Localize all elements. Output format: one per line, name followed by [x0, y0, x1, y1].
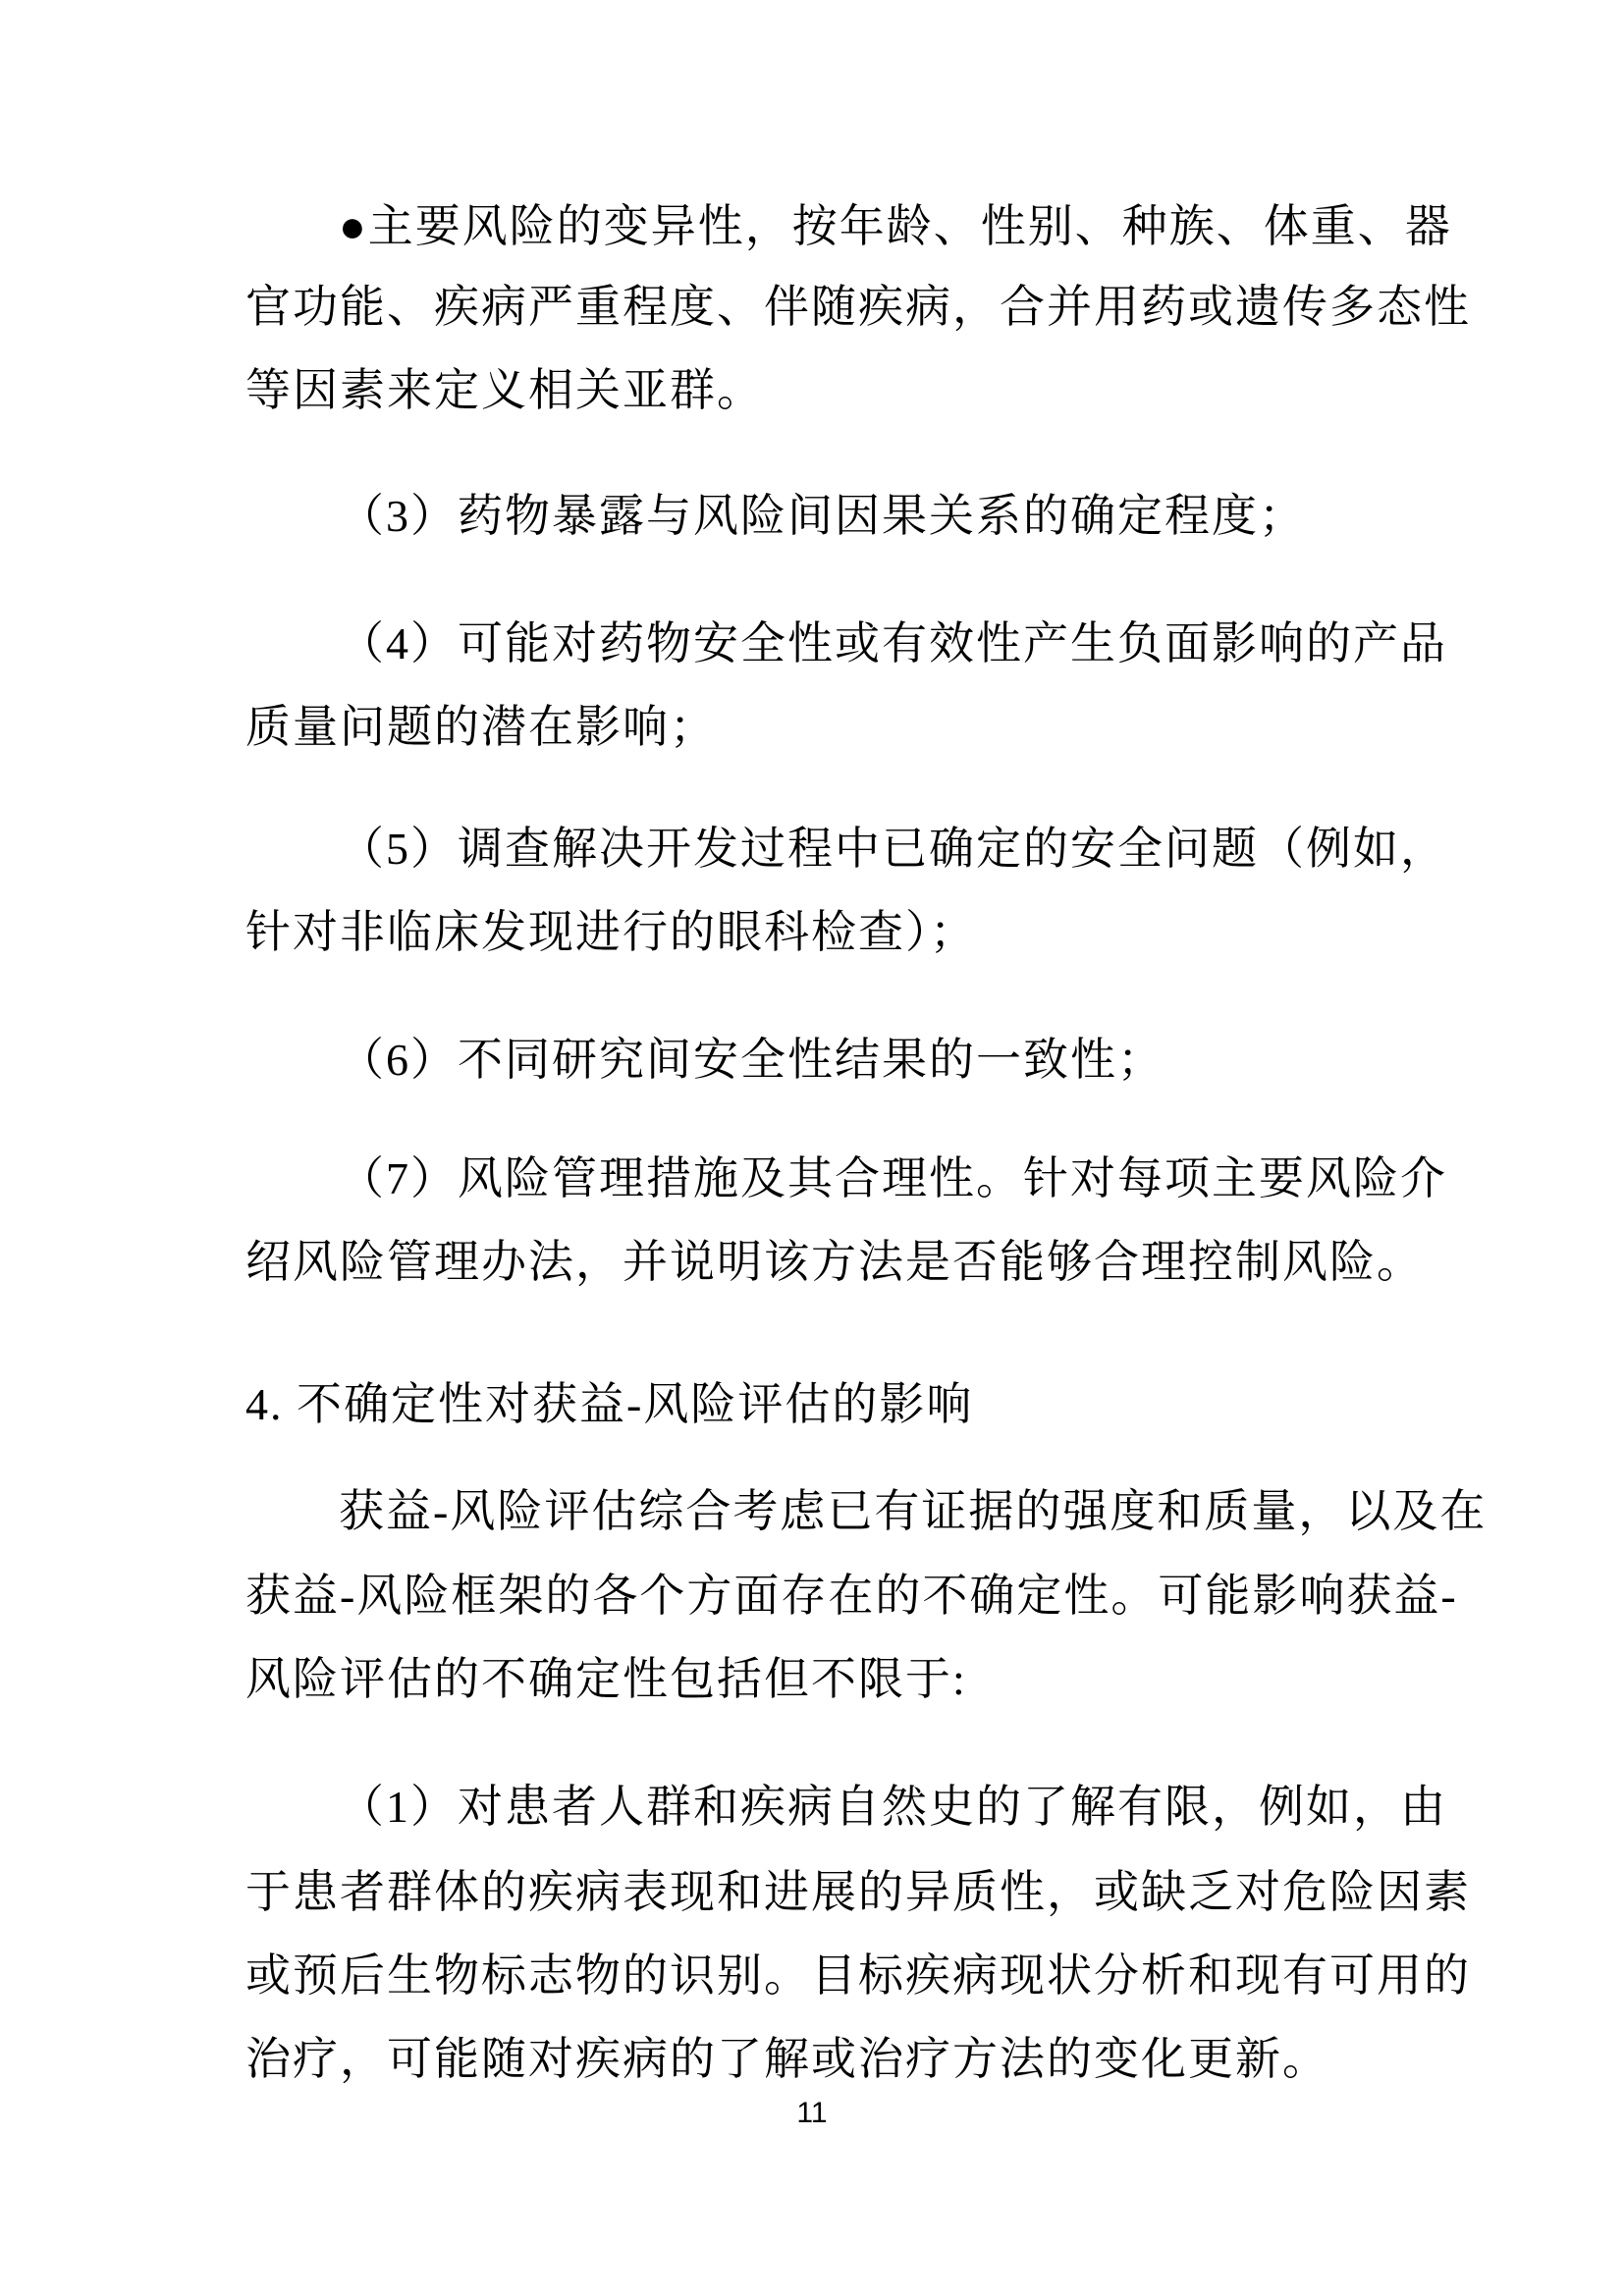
- numbered-item-line: （4）可能对药物安全性或有效性产生负面影响的产品: [339, 621, 1447, 667]
- document-page: ●主要风险的变异性，按年龄、性别、种族、体重、器 官功能、疾病严重程度、伴随疾病…: [0, 0, 1624, 2296]
- numbered-item-line: 治疗，可能随对疾病的了解或治疗方法的变化更新。: [245, 2037, 1329, 2082]
- numbered-item-line: （1）对患者人群和疾病自然史的了解有限，例如，由: [339, 1785, 1447, 1830]
- bullet-paragraph-line: 等因素来定义相关亚群。: [245, 368, 764, 413]
- section-heading: 4. 不确定性对获益-风险评估的影响: [245, 1382, 973, 1427]
- numbered-item-line: 绍风险管理办法，并说明该方法是否能够合理控制风险。: [245, 1240, 1424, 1285]
- bullet-paragraph-line: 官功能、疾病严重程度、伴随疾病，合并用药或遗传多态性: [245, 285, 1471, 330]
- numbered-item-line: （6）不同研究间安全性结果的一致性；: [339, 1038, 1164, 1083]
- numbered-item-line: 质量问题的潜在影响；: [245, 705, 717, 750]
- numbered-item-line: 针对非临床发现进行的眼科检查）；: [245, 910, 977, 955]
- page-number: 11: [0, 2099, 1624, 2128]
- body-paragraph-line: 获益-风险框架的各个方面存在的不确定性。可能影响获益-: [245, 1574, 1458, 1619]
- numbered-item-line: 于患者群体的疾病表现和进展的异质性，或缺乏对危险因素: [245, 1870, 1471, 1915]
- body-paragraph-line: 获益-风险评估综合考虑已有证据的强度和质量，以及在: [339, 1489, 1487, 1534]
- bullet-paragraph-line: ●主要风险的变异性，按年龄、性别、种族、体重、器: [339, 204, 1452, 249]
- numbered-item-line: 或预后生物标志物的识别。目标疾病现状分析和现有可用的: [245, 1953, 1471, 1999]
- numbered-item-line: （3）药物暴露与风险间因果关系的确定程度；: [339, 494, 1306, 539]
- numbered-item-line: （5）调查解决开发过程中已确定的安全问题（例如，: [339, 827, 1447, 872]
- numbered-item-line: （7）风险管理措施及其合理性。针对每项主要风险介: [339, 1156, 1447, 1201]
- body-paragraph-line: 风险评估的不确定性包括但不限于:: [245, 1657, 967, 1702]
